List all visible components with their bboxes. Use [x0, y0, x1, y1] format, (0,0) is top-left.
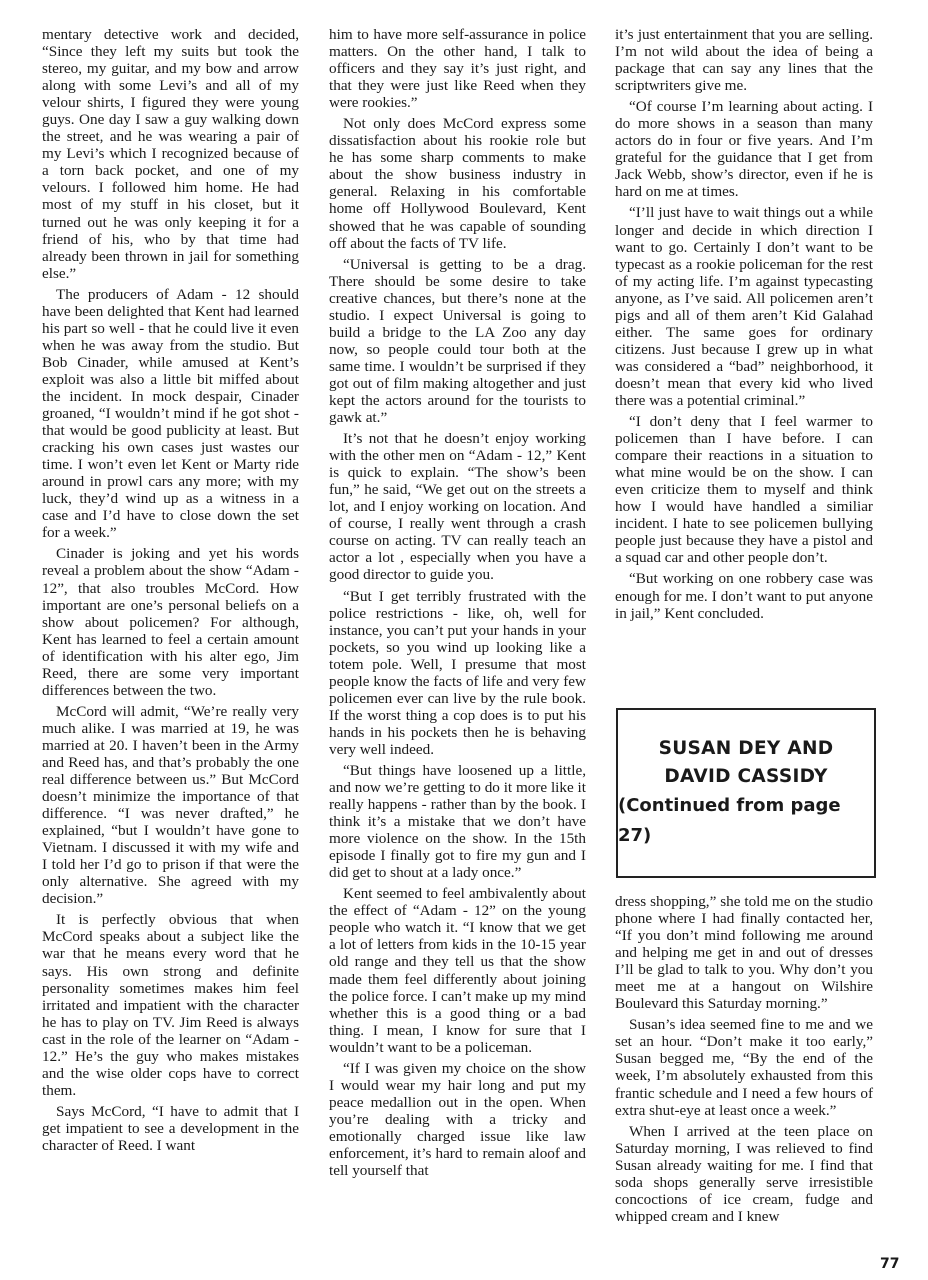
paragraph: Kent seemed to feel ambivalently about t…	[329, 885, 586, 1055]
paragraph: him to have more self-assurance in polic…	[329, 26, 586, 111]
paragraph: “Universal is getting to be a drag. Ther…	[329, 256, 586, 426]
paragraph: it’s just entertainment that you are sel…	[615, 26, 873, 94]
page-number: 77	[880, 1256, 899, 1272]
paragraph: Not only does McCord express some dissat…	[329, 115, 586, 251]
callout-title-line-2: DAVID CASSIDY	[664, 763, 827, 791]
paragraph: “I don’t deny that I feel warmer to poli…	[615, 413, 873, 566]
paragraph: mentary detective work and decided, “Sin…	[42, 26, 299, 282]
continued-article-column: dress shopping,” she told me on the stud…	[615, 893, 873, 1229]
paragraph: “But working on one robbery case was eno…	[615, 570, 873, 621]
paragraph: Says McCord, “I have to admit that I get…	[42, 1103, 299, 1154]
paragraph: Cinader is joking and yet his words reve…	[42, 545, 299, 698]
paragraph: Susan’s idea seemed fine to me and we se…	[615, 1016, 873, 1118]
paragraph: “But I get terribly frustrated with the …	[329, 588, 586, 758]
paragraph: McCord will admit, “We’re really very mu…	[42, 703, 299, 908]
paragraph: “I’ll just have to wait things out a whi…	[615, 204, 873, 409]
paragraph: “Of course I’m learning about acting. I …	[615, 98, 873, 200]
callout-continued-note: (Continued from page 27)	[618, 791, 874, 851]
paragraph: “If I was given my choice on the show I …	[329, 1060, 586, 1179]
paragraph: “But things have loosened up a little, a…	[329, 762, 586, 881]
continuation-callout-box: SUSAN DEY AND DAVID CASSIDY (Continued f…	[616, 708, 876, 878]
paragraph: It’s not that he doesn’t enjoy working w…	[329, 430, 586, 583]
article-column-3: it’s just entertainment that you are sel…	[615, 26, 873, 626]
article-column-1: mentary detective work and decided, “Sin…	[42, 26, 299, 1158]
paragraph: The producers of Adam - 12 should have b…	[42, 286, 299, 542]
paragraph: dress shopping,” she told me on the stud…	[615, 893, 873, 1012]
callout-title-line-1: SUSAN DEY AND	[659, 735, 834, 763]
paragraph: It is perfectly obvious that when McCord…	[42, 911, 299, 1099]
article-column-2: him to have more self-assurance in polic…	[329, 26, 586, 1183]
paragraph: When I arrived at the teen place on Satu…	[615, 1123, 873, 1225]
